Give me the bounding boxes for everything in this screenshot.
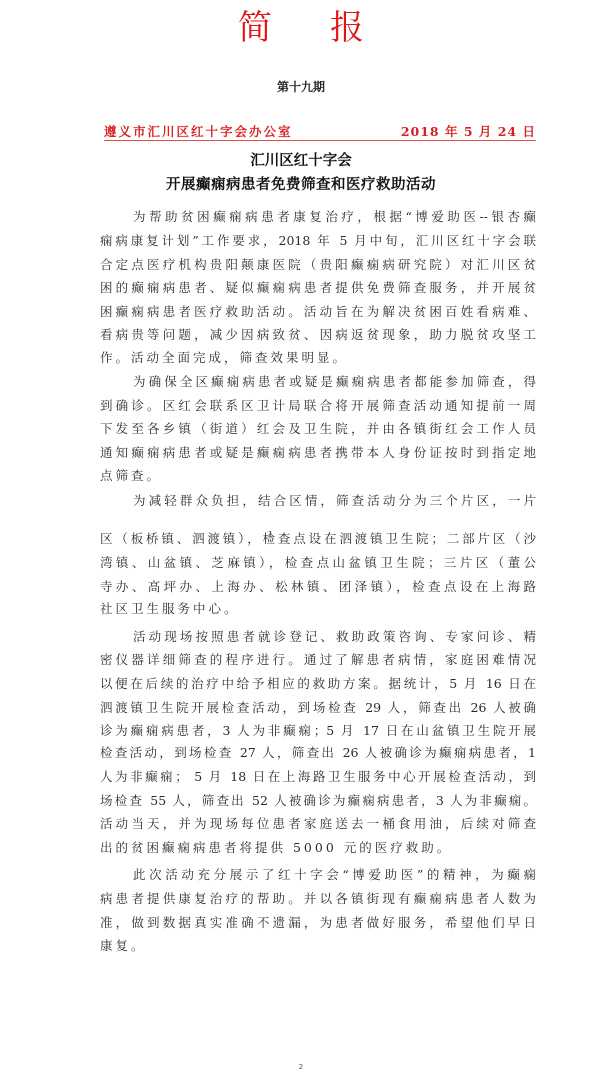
paragraph-4-line: 人为非癫痫； 5 月 18 日在上海路卫生服务中心开展检查活动，到 [100, 768, 536, 786]
masthead-char-jian: 简 [238, 8, 272, 48]
paragraph-2-line: 到确诊。区红会联系区卫计局联合将开展筛查活动通知提前一周 [100, 397, 536, 415]
paragraph-1-line: 作。活动全面完成，筛查效果明显。 [100, 349, 536, 367]
paragraph-1-line: 困的癫痫病患者、疑似癫痫病患者提供免费筛查服务，并开展贫 [100, 279, 536, 297]
article-title-line-2: 开展癫痫病患者免费筛查和医疗救助活动 [0, 173, 602, 194]
paragraph-4-line: 场检查 55 人，筛查出 52 人被确诊为癫痫病患者，3 人为非癫痫。 [100, 792, 536, 810]
paragraph-5-line: 此次活动充分展示了红十字会“博爱助医”的精神，为癫痫 [133, 866, 536, 884]
paragraph-3-line: 寺办、高坪办、上海办、松林镇、团泽镇），检查点设在上海路 [100, 578, 536, 596]
paragraph-5-line: 准，做到数据真实准确不遗漏，为患者做好服务，希望他们早日 [100, 914, 536, 932]
article-title-line-1: 汇川区红十字会 [0, 149, 602, 170]
document-page: 简报 第十九期 遵义市汇川区红十字会办公室 2018 年 5 月 24 日 汇川… [0, 0, 602, 1081]
issue-number: 第十九期 [0, 78, 602, 95]
paragraph-4-line: 密仪器详细筛查的程序进行。通过了解患者病情，家庭困难情况 [100, 651, 536, 669]
paragraph-4-line: 泗渡镇卫生院开展检查活动，到场检查 29 人，筛查出 26 人被确 [100, 699, 536, 717]
paragraph-5-line: 康复。 [100, 937, 536, 955]
paragraph-2-line: 下发至各乡镇（街道）红会及卫生院，并由各镇街红会工作人员 [100, 420, 536, 438]
paragraph-5-line: 病患者提供康复治疗的帮助。并以各镇街现有癫痫病患者人数为 [100, 890, 536, 908]
paragraph-1-line: 看病贵等问题，减少因病致贫、因病返贫现象，助力脱贫攻坚工 [100, 326, 536, 344]
paragraph-1-line: 为帮助贫困癫痫病患者康复治疗，根据“博爱助医--银杏癫 [133, 208, 536, 226]
paragraph-4-line: 检查活动，到场检查 27 人，筛查出 26 人被确诊为癫痫病患者，1 [100, 744, 536, 762]
paragraph-4-line: 以便在后续的治疗中给予相应的救助方案。据统计，5 月 16 日在 [100, 675, 536, 693]
paragraph-4-line: 活动现场按照患者就诊登记、救助政策咨询、专家问诊、精 [133, 628, 536, 646]
masthead-title: 简报 [0, 8, 602, 48]
paragraph-2-line: 为确保全区癫痫病患者或疑是癫痫病患者都能参加筛查，得 [133, 373, 536, 391]
issuer-organization: 遵义市汇川区红十字会办公室 [104, 122, 293, 140]
paragraph-3-line: 为减轻群众负担，结合区情，筛查活动分为三个片区，一片 [133, 492, 536, 510]
paragraph-2-line: 通知癫痫病患者或疑是癫痫病患者携带本人身份证按时到指定地 [100, 444, 536, 462]
paragraph-2-line: 点筛查。 [100, 467, 536, 485]
paragraph-1-line: 困癫痫病患者医疗救助活动。活动旨在为解决贫困百姓看病难、 [100, 303, 536, 321]
paragraph-4-line: 出的贫困癫痫病患者将提供 5000 元的医疗救助。 [100, 839, 536, 857]
page-number: 2 [0, 1063, 602, 1071]
paragraph-3-line: 湾镇、山盆镇、芝麻镇），检查点山盆镇卫生院；三片区（董公 [100, 554, 536, 572]
masthead-char-bao: 报 [330, 8, 364, 48]
paragraph-4-line: 活动当天，并为现场每位患者家庭送去一桶食用油，后续对筛查 [100, 815, 536, 833]
paragraph-1-line: 合定点医疗机构贵阳颠康医院（贵阳癫痫病研究院）对汇川区贫 [100, 256, 536, 274]
footnote-mark: 1 [268, 530, 273, 539]
paragraph-3-line: 区（板桥镇、泗渡镇），检查点设在泗渡镇卫生院；二部片区（沙 [100, 530, 536, 548]
paragraph-1-line: 痫病康复计划”工作要求，2018 年 5 月中旬，汇川区红十字会联 [100, 232, 536, 250]
paragraph-3-line: 社区卫生服务中心。 [100, 600, 536, 618]
issuer-line: 遵义市汇川区红十字会办公室 2018 年 5 月 24 日 [104, 122, 536, 141]
paragraph-4-line: 诊为癫痫病患者，3 人为非癫痫；5 月 17 日在山盆镇卫生院开展 [100, 722, 536, 740]
issue-date: 2018 年 5 月 24 日 [401, 122, 536, 140]
